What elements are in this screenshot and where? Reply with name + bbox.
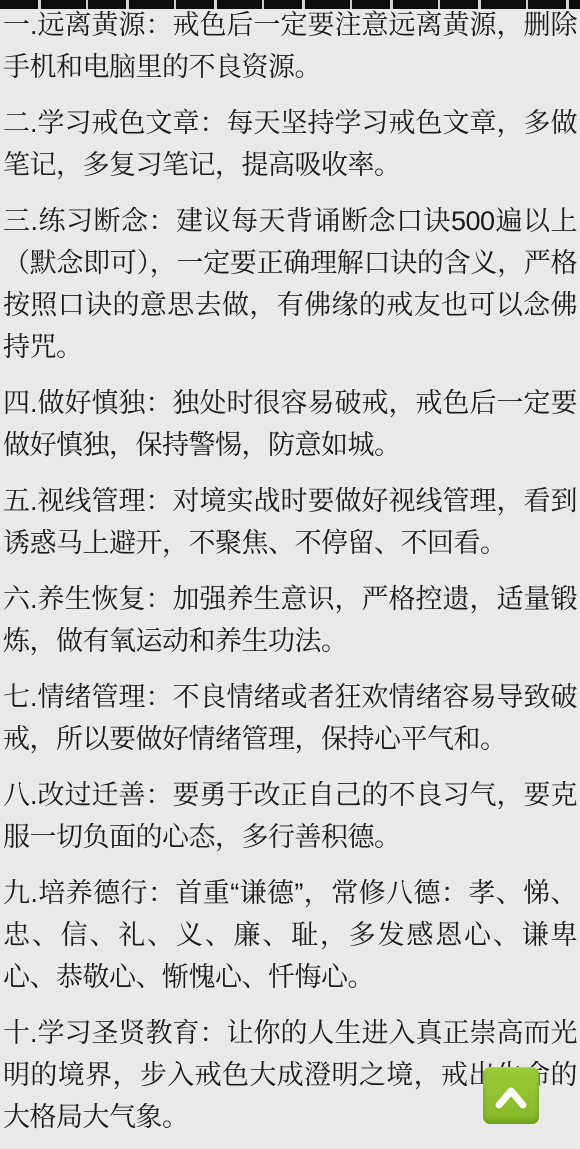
- article-body: 一.远离黄源：戒色后一定要注意远离黄源，删除手机和电脑里的不良资源。 二.学习戒…: [0, 0, 580, 1149]
- back-to-top-button[interactable]: [483, 1067, 539, 1124]
- chevron-up-icon: [491, 1081, 531, 1111]
- paragraph-6: 六.养生恢复：加强养生意识，严格控遗，适量锻炼，做有氧运动和养生功法。: [3, 578, 577, 662]
- paragraph-9: 九.培养德行：首重“谦德”，常修八德：孝、悌、忠、信、礼、义、廉、耻，多发感恩心…: [3, 872, 577, 998]
- paragraph-2: 二.学习戒色文章：每天坚持学习戒色文章，多做笔记，多复习笔记，提高吸收率。: [3, 102, 577, 186]
- paragraph-1: 一.远离黄源：戒色后一定要注意远离黄源，删除手机和电脑里的不良资源。: [3, 4, 577, 88]
- screen: 一.远离黄源：戒色后一定要注意远离黄源，删除手机和电脑里的不良资源。 二.学习戒…: [0, 0, 580, 1149]
- paragraph-5: 五.视线管理：对境实战时要做好视线管理，看到诱惑马上避开，不聚焦、不停留、不回看…: [3, 480, 577, 564]
- paragraph-3: 三.练习断念：建议每天背诵断念口诀500遍以上（默念即可），一定要正确理解口诀的…: [3, 200, 577, 368]
- paragraph-4: 四.做好慎独：独处时很容易破戒，戒色后一定要做好慎独，保持警惕，防意如城。: [3, 382, 577, 466]
- paragraph-7: 七.情绪管理：不良情绪或者狂欢情绪容易导致破戒，所以要做好情绪管理，保持心平气和…: [3, 676, 577, 760]
- paragraph-8: 八.改过迁善：要勇于改正自己的不良习气，要克服一切负面的心态，多行善积德。: [3, 774, 577, 858]
